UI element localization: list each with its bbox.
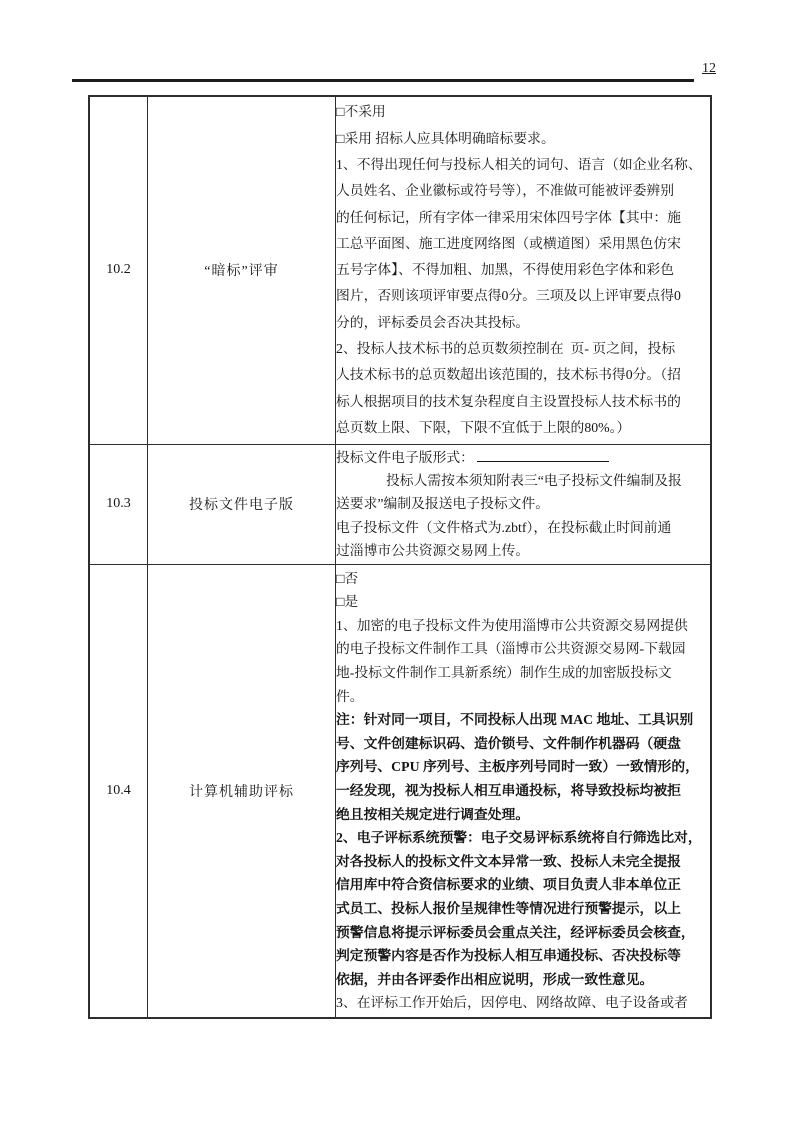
line-text: 2、投标人技术标书的总页数须控制在 页- 页之间，投标 (336, 341, 675, 356)
line-text: 2、电子评标系统预警：电子交易评标系统将自行筛选比对， (336, 830, 702, 845)
content-line: 投标人需按本须知附表三“电子投标文件编制及报 (336, 469, 710, 492)
line-text: 五号字体】、不得加粗、加黑，不得使用彩色字体和彩色 (336, 262, 674, 277)
content-line: 人技术标书的总页数超出该范围的，技术标书得0分。（招 (336, 362, 710, 388)
content-line: 过淄博市公共资源交易网上传。 (336, 539, 710, 562)
content-line: 号、文件创建标识码、造价锁号、文件制作机器码（硬盘 (336, 732, 710, 756)
content-line: 人员姓名、企业徽标或符号等），不准做可能被评委辨别 (336, 178, 710, 204)
content-line: 投标文件电子版形式： (336, 446, 710, 469)
line-text: 过淄博市公共资源交易网上传。 (336, 543, 529, 558)
content-line: 总页数上限、下限，下限不宜低于上限的80%。） (336, 415, 710, 441)
line-text: 工总平面图、施工进度网络图（或横道图）采用黑色仿宋 (336, 236, 681, 251)
line-text: 不采用 (344, 104, 385, 119)
blank-field[interactable] (477, 447, 609, 462)
content-line: 标人根据项目的技术复杂程度自主设置投标人技术标书的 (336, 389, 710, 415)
line-text: 图片，否则该项评审要点得0分。三项及以上评审要点得0 (336, 288, 681, 303)
content-line: 五号字体】、不得加粗、加黑，不得使用彩色字体和彩色 (336, 257, 710, 283)
row-label: 计算机辅助评标 (148, 564, 336, 1018)
line-text: 信用库中符合资信标要求的业绩、项目负责人非本单位正 (336, 877, 681, 892)
line-text: 绝且按相关规定进行调查处理。 (336, 807, 529, 822)
line-text: 标人根据项目的技术复杂程度自主设置投标人技术标书的 (336, 394, 681, 409)
content-line: 2、电子评标系统预警：电子交易评标系统将自行筛选比对， (336, 826, 710, 850)
line-text: 地-投标文件制作工具新系统）制作生成的加密版投标文 (336, 665, 672, 680)
line-text: 号、文件创建标识码、造价锁号、文件制作机器码（硬盘 (336, 736, 681, 751)
line-text: 送要求”编制及报送电子投标文件。 (336, 496, 549, 511)
line-text: 的电子投标文件制作工具（淄博市公共资源交易网-下载园 (336, 641, 686, 656)
content-line: □否 (336, 567, 710, 591)
content-line: 预警信息将提示评标委员会重点关注，经评标委员会核查， (336, 921, 710, 945)
content-line: 注：针对同一项目，不同投标人出现 MAC 地址、工具识别 (336, 708, 710, 732)
line-text: 总页数上限、下限，下限不宜低于上限的80%。） (336, 420, 630, 435)
line-text: 件。 (336, 689, 364, 704)
content-line: 信用库中符合资信标要求的业绩、项目负责人非本单位正 (336, 873, 710, 897)
line-text: 判定预警内容是否作为投标人相互串通投标、否决投标等 (336, 948, 681, 963)
row-number: 10.2 (89, 96, 148, 444)
line-text: 1、加密的电子投标文件为使用淄博市公共资源交易网提供 (336, 618, 688, 633)
content-line: □是 (336, 590, 710, 614)
line-text: 序列号、CPU 序列号、主板序列号同时一致）一致情形的， (336, 759, 699, 774)
content-line: 工总平面图、施工进度网络图（或横道图）采用黑色仿宋 (336, 231, 710, 257)
line-text: 人技术标书的总页数超出该范围的，技术标书得0分。（招 (336, 367, 681, 382)
row-number: 10.4 (89, 564, 148, 1018)
content-line: □不采用 (336, 99, 710, 125)
content-line: 2、投标人技术标书的总页数须控制在 页- 页之间，投标 (336, 336, 710, 362)
content-line: 1、不得出现任何与投标人相关的词句、语言（如企业名称、 (336, 152, 710, 178)
row-label: “暗标”评审 (148, 96, 336, 444)
content-line: 地-投标文件制作工具新系统）制作生成的加密版投标文 (336, 661, 710, 685)
line-text: 3、在评标工作开始后，因停电、网络故障、电子设备或者 (336, 995, 688, 1010)
header-rule (72, 79, 694, 82)
line-text: 电子投标文件（文件格式为.zbtf），在投标截止时间前通 (336, 520, 671, 535)
content-line: 绝且按相关规定进行调查处理。 (336, 803, 710, 827)
document-page: 12 10.2“暗标”评审□不采用□采用 招标人应具体明确暗标要求。1、不得出现… (0, 0, 793, 1122)
content-line: 图片，否则该项评审要点得0分。三项及以上评审要点得0 (336, 283, 710, 309)
content-line: 判定预警内容是否作为投标人相互串通投标、否决投标等 (336, 944, 710, 968)
content-line: 件。 (336, 685, 710, 709)
table-row: 10.4计算机辅助评标□否□是1、加密的电子投标文件为使用淄博市公共资源交易网提… (89, 564, 711, 1018)
content-line: 依据，并由各评委作出相应说明，形成一致性意见。 (336, 968, 710, 992)
line-text: 预警信息将提示评标委员会重点关注，经评标委员会核查， (336, 925, 695, 940)
instructions-table: 10.2“暗标”评审□不采用□采用 招标人应具体明确暗标要求。1、不得出现任何与… (88, 95, 712, 1019)
line-text: 对各投标人的投标文件文本异常一致、投标人未完全提报 (336, 854, 681, 869)
line-text: 依据，并由各评委作出相应说明，形成一致性意见。 (336, 972, 653, 987)
content-line: 3、在评标工作开始后，因停电、网络故障、电子设备或者 (336, 991, 710, 1015)
row-label: 投标文件电子版 (148, 444, 336, 564)
line-text: 投标文件电子版形式： (336, 450, 474, 465)
line-text: 注：针对同一项目，不同投标人出现 MAC 地址、工具识别 (336, 712, 693, 727)
line-text: 是 (344, 594, 358, 609)
row-content: 投标文件电子版形式：投标人需按本须知附表三“电子投标文件编制及报送要求”编制及报… (336, 444, 712, 564)
content-line: 送要求”编制及报送电子投标文件。 (336, 492, 710, 515)
page-number: 12 (702, 60, 716, 77)
content-line: 序列号、CPU 序列号、主板序列号同时一致）一致情形的， (336, 755, 710, 779)
content-line: 电子投标文件（文件格式为.zbtf），在投标截止时间前通 (336, 516, 710, 539)
content-line: 的任何标记，所有字体一律采用宋体四号字体【其中：施 (336, 205, 710, 231)
line-text: 的任何标记，所有字体一律采用宋体四号字体【其中：施 (336, 210, 681, 225)
line-text: 投标人需按本须知附表三“电子投标文件编制及报 (386, 473, 682, 488)
line-text: 一经发现，视为投标人相互串通投标，将导致投标均被拒 (336, 783, 681, 798)
content-line: □采用 招标人应具体明确暗标要求。 (336, 126, 710, 152)
line-text: 1、不得出现任何与投标人相关的词句、语言（如企业名称、 (336, 157, 702, 172)
line-text: 否 (344, 571, 358, 586)
row-number: 10.3 (89, 444, 148, 564)
content-line: 对各投标人的投标文件文本异常一致、投标人未完全提报 (336, 850, 710, 874)
table-row: 10.2“暗标”评审□不采用□采用 招标人应具体明确暗标要求。1、不得出现任何与… (89, 96, 711, 444)
content-line: 分的，评标委员会否决其投标。 (336, 310, 710, 336)
line-text: 分的，评标委员会否决其投标。 (336, 315, 529, 330)
content-line: 式员工、投标人报价呈规律性等情况进行预警提示，以上 (336, 897, 710, 921)
line-text: 采用 招标人应具体明确暗标要求。 (344, 131, 554, 146)
row-content: □不采用□采用 招标人应具体明确暗标要求。1、不得出现任何与投标人相关的词句、语… (336, 96, 712, 444)
content-line: 1、加密的电子投标文件为使用淄博市公共资源交易网提供 (336, 614, 710, 638)
content-line: 一经发现，视为投标人相互串通投标，将导致投标均被拒 (336, 779, 710, 803)
line-text: 式员工、投标人报价呈规律性等情况进行预警提示，以上 (336, 901, 681, 916)
row-content: □否□是1、加密的电子投标文件为使用淄博市公共资源交易网提供的电子投标文件制作工… (336, 564, 712, 1018)
line-text: 人员姓名、企业徽标或符号等），不准做可能被评委辨别 (336, 183, 674, 198)
table-row: 10.3投标文件电子版投标文件电子版形式：投标人需按本须知附表三“电子投标文件编… (89, 444, 711, 564)
content-line: 的电子投标文件制作工具（淄博市公共资源交易网-下载园 (336, 637, 710, 661)
